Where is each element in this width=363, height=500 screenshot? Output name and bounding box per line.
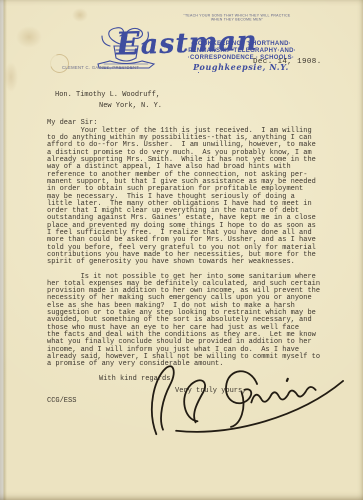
signature-script bbox=[135, 351, 350, 445]
programs-line: ·BOOKKEEPING · SHORTHAND· bbox=[170, 41, 312, 48]
recipient-name: Hon. Timothy L. Woodruff, bbox=[55, 92, 329, 99]
date-line: Dec. 14, 1908. bbox=[253, 58, 322, 66]
programs-line: ·PENMANSHIP·TELEGRAPHY·AND· bbox=[170, 48, 312, 55]
letter-page: "TEACH YOUR SONS THAT WHICH THEY WILL PR… bbox=[0, 0, 363, 500]
salutation: My dear Sir: bbox=[47, 120, 329, 127]
school-motto: "TEACH YOUR SONS THAT WHICH THEY WILL PR… bbox=[157, 14, 317, 22]
president-line: CLEMENT C. GAINES, PRESIDENT bbox=[62, 66, 139, 70]
body-paragraph-1: Your letter of the 11th is just received… bbox=[47, 128, 329, 267]
recipient-address: New York, N. Y. bbox=[99, 103, 329, 110]
